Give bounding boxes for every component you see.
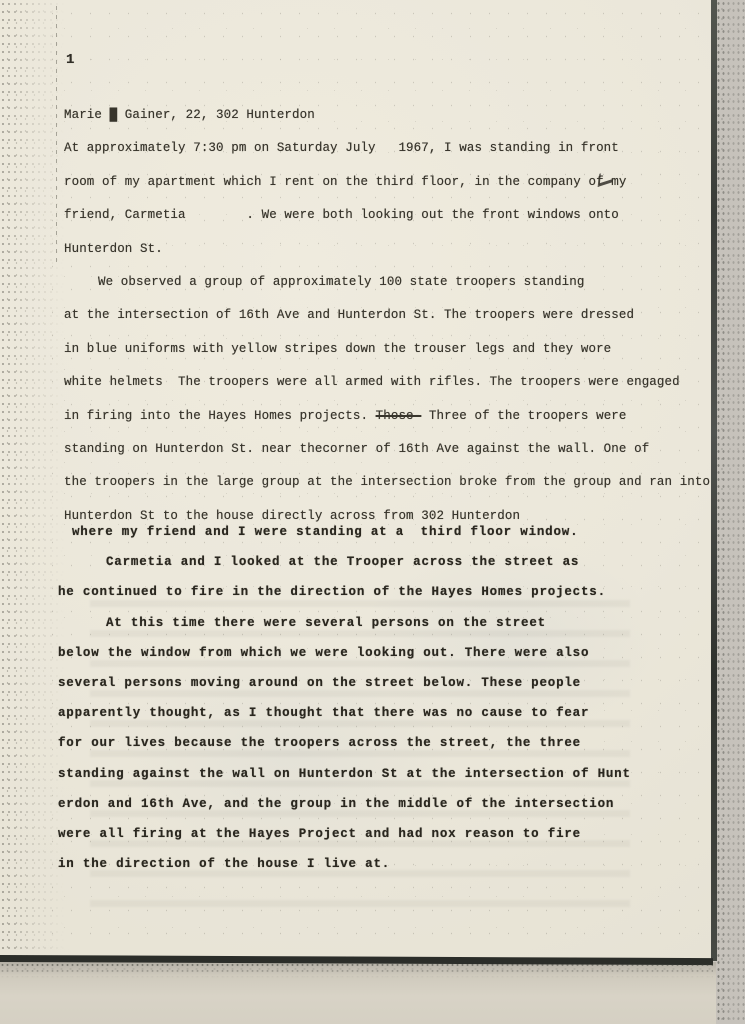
scanned-document: 1 Marie █ Gainer, 22, 302 HunterdonAt ap… (0, 0, 745, 1024)
line-text: At this time there were several persons … (106, 616, 546, 630)
line-text: Carmetia and I looked at the Trooper acr… (106, 555, 579, 569)
line-text: the troopers in the large group at the i… (64, 475, 710, 489)
document-line: where my friend and I were standing at a… (58, 517, 631, 547)
line-text: he continued to fire in the direction of… (58, 585, 606, 599)
line-text: erdon and 16th Ave, and the group in the… (58, 797, 614, 811)
document-line: apparently thought, as I thought that th… (58, 698, 631, 728)
line-text: in blue uniforms with yellow stripes dow… (64, 342, 611, 356)
document-line: for our lives because the troopers acros… (58, 728, 631, 758)
document-line: friend, Carmetia . We were both looking … (64, 199, 710, 232)
document-page: 1 Marie █ Gainer, 22, 302 HunterdonAt ap… (0, 0, 714, 961)
document-line: at the intersection of 16th Ave and Hunt… (64, 299, 710, 332)
document-line: erdon and 16th Ave, and the group in the… (58, 789, 631, 819)
document-line: At approximately 7:30 pm on Saturday Jul… (64, 132, 710, 165)
line-text: Marie █ Gainer, 22, 302 Hunterdon (64, 108, 315, 122)
document-line: below the window from which we were look… (58, 638, 631, 668)
document-line: several persons moving around on the str… (58, 668, 631, 698)
line-text: Three of the troopers were (421, 409, 626, 423)
line-text: standing on Hunterdon St. near thecorner… (64, 442, 649, 456)
document-line: white helmets The troopers were all arme… (64, 366, 710, 399)
document-line: in the direction of the house I live at. (58, 849, 631, 879)
document-line: We observed a group of approximately 100… (64, 266, 710, 299)
line-text: apparently thought, as I thought that th… (58, 706, 589, 720)
line-text: in firing into the Hayes Homes projects. (64, 409, 376, 423)
line-text: were all firing at the Hayes Project and… (58, 827, 581, 841)
page-bottom-edge-speckle (0, 962, 713, 978)
document-line: At this time there were several persons … (58, 608, 631, 638)
line-text: At approximately 7:30 pm on Saturday Jul… (64, 141, 619, 155)
line-text: standing against the wall on Hunterdon S… (58, 767, 631, 781)
page-right-edge-shadow (711, 0, 717, 961)
typewritten-text-block-2: where my friend and I were standing at a… (58, 517, 631, 879)
line-text: for our lives because the troopers acros… (58, 736, 581, 750)
paper-crease-line (56, 6, 57, 262)
document-line: Hunterdon St. (64, 233, 710, 266)
document-line: the troopers in the large group at the i… (64, 466, 710, 499)
line-text: We observed a group of approximately 100… (98, 275, 584, 289)
line-text: in the direction of the house I live at. (58, 857, 390, 871)
document-line: standing against the wall on Hunterdon S… (58, 759, 631, 789)
line-text: white helmets The troopers were all arme… (64, 375, 680, 389)
scan-noise-right (716, 0, 745, 1024)
line-text: where my friend and I were standing at a… (72, 525, 578, 539)
document-line: Marie █ Gainer, 22, 302 Hunterdon (64, 99, 710, 132)
line-text: room of my apartment which I rent on the… (64, 175, 627, 189)
page-number: 1 (66, 52, 74, 68)
document-line: Carmetia and I looked at the Trooper acr… (58, 547, 631, 577)
struck-out-text: Those- (376, 409, 422, 423)
document-line: were all firing at the Hayes Project and… (58, 819, 631, 849)
document-line: room of my apartment which I rent on the… (64, 166, 710, 199)
document-line: in blue uniforms with yellow stripes dow… (64, 333, 710, 366)
line-text: Hunterdon St. (64, 242, 163, 256)
document-line: he continued to fire in the direction of… (58, 577, 631, 607)
line-text: at the intersection of 16th Ave and Hunt… (64, 308, 634, 322)
document-line: in firing into the Hayes Homes projects.… (64, 400, 710, 433)
line-text: several persons moving around on the str… (58, 676, 581, 690)
line-text: below the window from which we were look… (58, 646, 589, 660)
line-text: friend, Carmetia . We were both looking … (64, 208, 619, 222)
scanner-backing-strip (716, 0, 745, 1024)
typewritten-text-block-1: Marie █ Gainer, 22, 302 HunterdonAt appr… (64, 99, 710, 533)
document-line: standing on Hunterdon St. near thecorner… (64, 433, 710, 466)
